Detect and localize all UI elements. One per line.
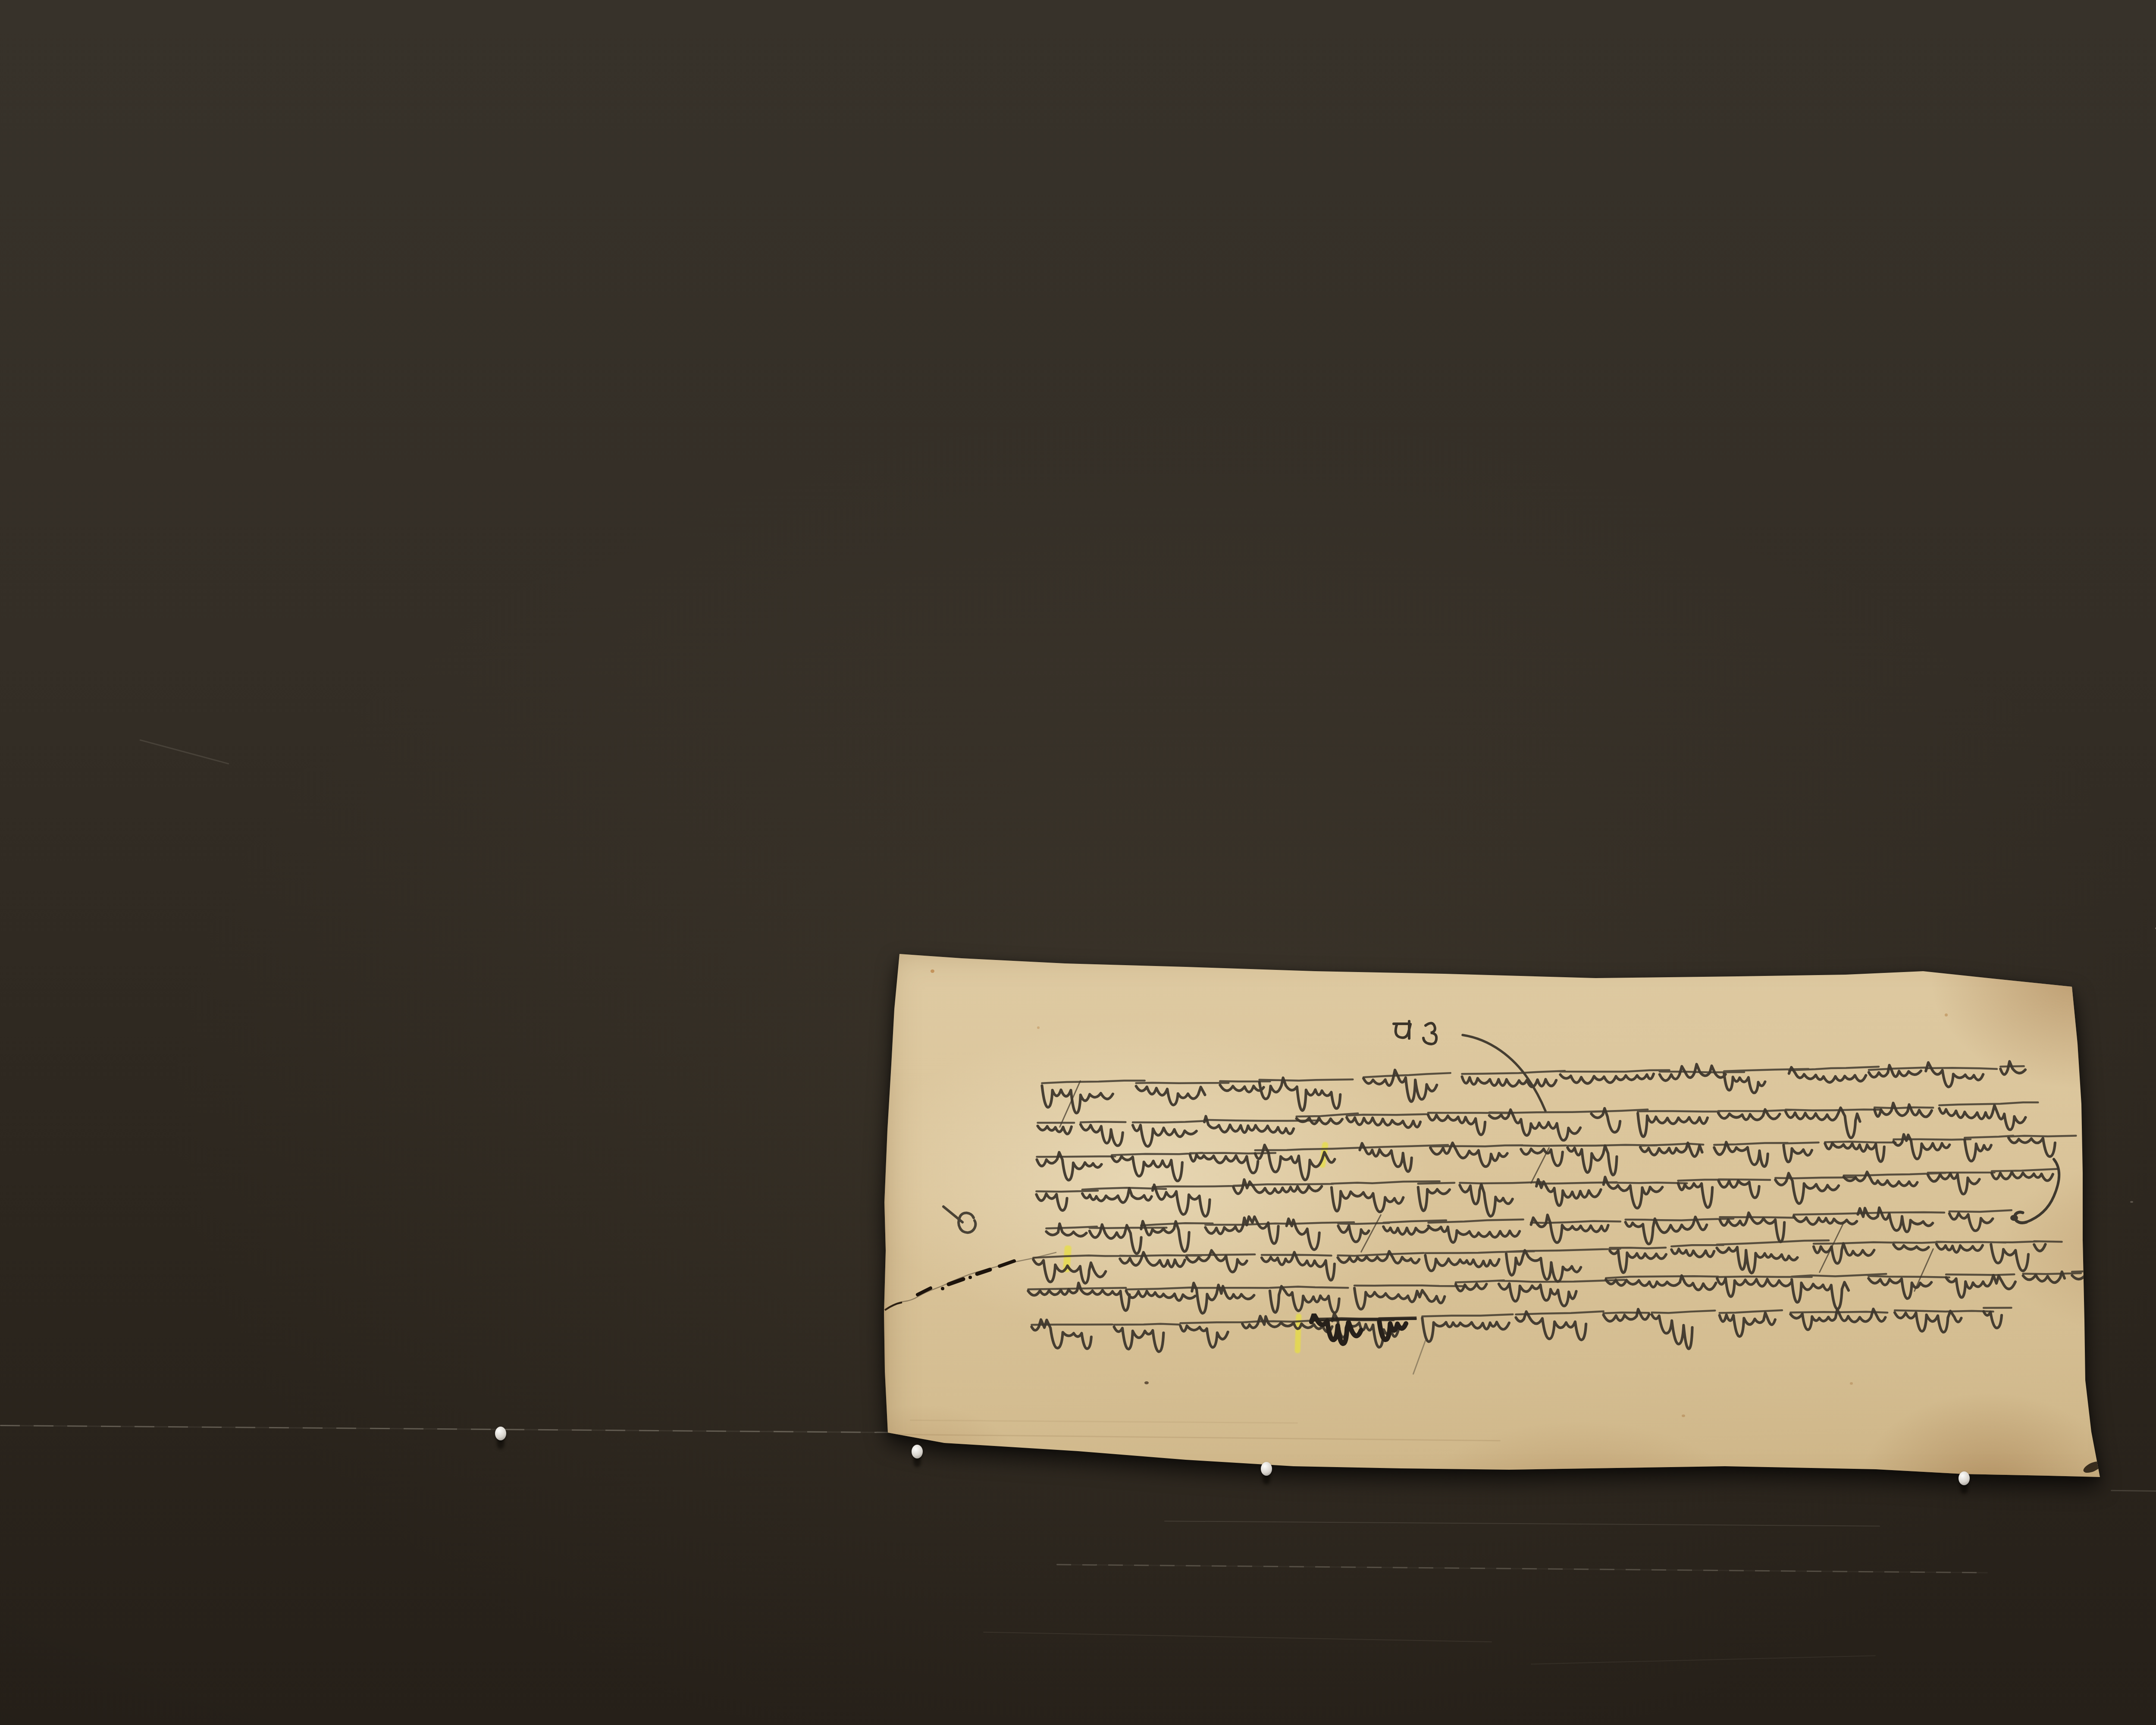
bold-overwrite-segment (1309, 1311, 1417, 1361)
push-pin (1959, 1471, 1970, 1485)
yellow-highlight (1063, 1245, 1072, 1273)
line-text: কৃত্বা তং পর্বতমাক্রম্য তত্র পিতৃ বাহনাদ… (1044, 1209, 1813, 1262)
photograph: নং অকরণে প্রত্যবায়স্মৃতত৩ অনন্তুসর্বং ক… (0, 0, 2156, 1725)
pin-head (912, 1445, 923, 1458)
ink-slash (1530, 1147, 1550, 1184)
line-text: ততাবদেবকর্তব্যমিতি প্রথমদিনকৃত্যং। অথ দ্… (1035, 1103, 1771, 1155)
paper-speck (1850, 1382, 1853, 1385)
corner-dark-mark (2097, 1452, 2108, 1461)
margin-numeral (936, 1203, 987, 1251)
paper-fold-line (897, 1434, 1501, 1442)
text-block: নং অকরণে প্রত্যবায়স্মৃতত৩ অনন্তুসর্বং ক… (884, 949, 2126, 1492)
line-text: পর্বতং গত্বা তন্মূর্ধন সংলগ্নে তদীশান কো… (1034, 1171, 1785, 1224)
mat-scratch (983, 1632, 1492, 1643)
paper-speck (1037, 1026, 1040, 1029)
script-line: নং অকরণে প্রত্যবায়স্মৃতত৩ অনন্তুসর্বং ক… (1039, 1057, 2019, 1122)
folio-label (1388, 1014, 1452, 1049)
ink-slash (1059, 1080, 1081, 1128)
mat-scratch (1164, 1521, 1880, 1527)
mat-scratch (139, 739, 229, 765)
ink-slash (1360, 1214, 1382, 1253)
script-line: প্রেতপর্বতে শ্রাদ্ধমহং করিষ্যে ইতি সংকল্… (1025, 1262, 2078, 1329)
paper-speck (931, 969, 934, 973)
mat-scratch (1056, 1564, 1988, 1574)
script-line: কৃত্বা তং পর্বতমাক্রম্য তত্র পিতৃ বাহনাদ… (1044, 1204, 1997, 1268)
script-line: অত্র যন্তুবিশেষঃ ওঁ অদ্যেত্যাদীনাং পুনরা… (1031, 1232, 2040, 1298)
pin-head (1959, 1471, 1970, 1485)
ink-slash (1914, 1248, 1934, 1292)
line-text: র্বণং ব্রহ্মবেদ্যাং ক্রিয়ত ইতি গাথাভাবঃ… (1029, 1305, 1814, 1358)
script-line: বিধিস্নাত্বা দেবার্চনান্তং কর্মকৃত্বা গয… (1034, 1128, 2061, 1194)
script-line: র্বণং ব্রহ্মবেদ্যাং ক্রিয়ত ইতি গাথাভাবঃ… (1029, 1298, 2000, 1364)
right-margin-flourish (1999, 1155, 2076, 1241)
script-line: ততাবদেবকর্তব্যমিতি প্রথমদিনকৃত্যং। অথ দ্… (1035, 1095, 2045, 1161)
paper-speck (1144, 1381, 1149, 1384)
line-text: নং অকরণে প্রত্যবায়স্মৃতত৩ অনন্তুসর্বং ক… (1039, 1063, 1811, 1116)
mat-speck (2130, 1201, 2133, 1203)
pin-head (1261, 1462, 1272, 1476)
script-line: পর্বতং গত্বা তন্মূর্ধন সংলগ্নে তদীশান কো… (1034, 1164, 2052, 1230)
paper-speck (1945, 1013, 1948, 1016)
paper-speck (1682, 1414, 1685, 1417)
manuscript-leaf: নং অকরণে প্রত্যবায়স্মৃতত৩ অনন্তুসর্বং ক… (884, 949, 2126, 1492)
yellow-highlight (1319, 1142, 1329, 1168)
ink-slash (1819, 1222, 1845, 1273)
corner-dark-mark (2082, 1459, 2103, 1475)
push-pin (495, 1427, 506, 1440)
pin-head (495, 1427, 506, 1440)
paper-fold-line (910, 1420, 1298, 1424)
line-text: বিধিস্নাত্বা দেবার্চনান্তং কর্মকৃত্বা গয… (1034, 1135, 1797, 1188)
push-pin (912, 1445, 923, 1458)
mat-scratch (1531, 1655, 1876, 1665)
line-text: প্রেতপর্বতে শ্রাদ্ধমহং করিষ্যে ইতি সংকল্… (1025, 1271, 1757, 1323)
label-flourish-stroke (1458, 1031, 1553, 1117)
yellow-highlight (1294, 1314, 1301, 1353)
ink-slash (1413, 1340, 1426, 1375)
paper-sheet: নং অকরণে প্রত্যবায়স্মৃতত৩ অনন্তুসর্বং ক… (884, 949, 2126, 1492)
push-pin (1261, 1462, 1272, 1476)
paper-crack (884, 1246, 1031, 1324)
line-text: অত্র যন্তুবিশেষঃ ওঁ অদ্যেত্যাদীনাং পুনরা… (1031, 1241, 1717, 1292)
mat-scratch (0, 1425, 888, 1433)
